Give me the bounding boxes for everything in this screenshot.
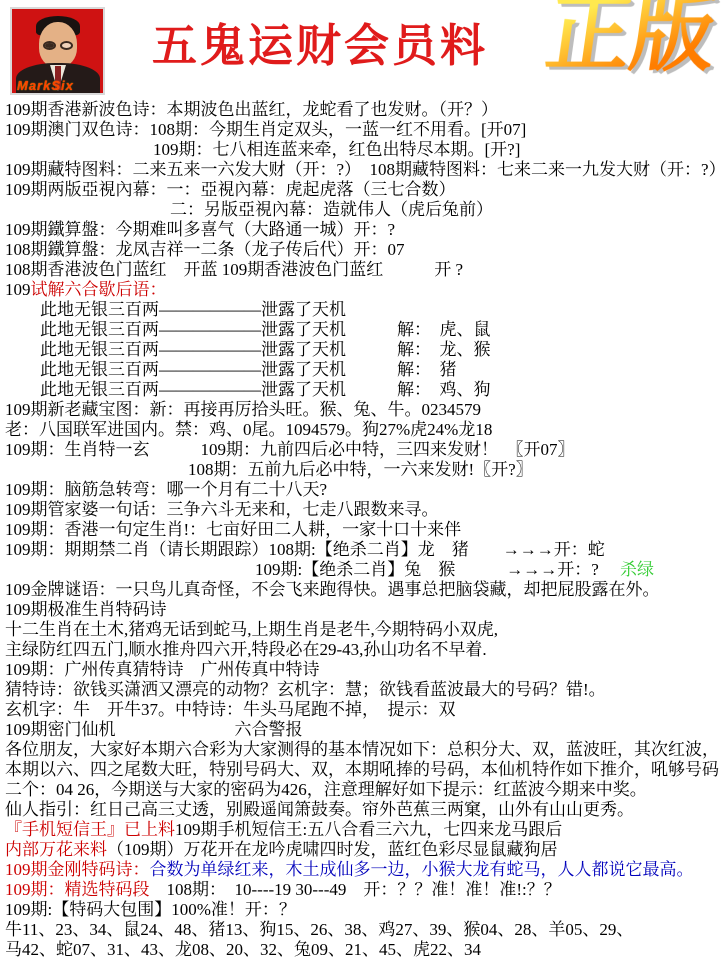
text-line-3: 109期：七八相连蓝来牵，红色出特尽本期。[开?]: [5, 140, 725, 160]
text-line-2: 109期澳门双色诗：108期：今期生肖定双头，一蓝一红不用看。[开07]: [5, 120, 725, 140]
text-line-13: 此地无银三百两——————泄露了天机 解： 龙、猴: [5, 340, 725, 360]
text-segment: 109期：精选特码段: [5, 880, 150, 899]
text-segment: 109期手机短信王:五八合看三六九，七四来龙马跟后: [175, 820, 562, 839]
page: MarkSix 五鬼运财会员料 正版 109期香港新波色诗：本期波色出蓝红，龙蛇…: [0, 0, 725, 960]
text-segment: 109期密门仙机 六合警报: [5, 720, 303, 739]
text-segment: 109期：广州传真猜特诗 广州传真中特诗: [5, 660, 320, 679]
text-line-33: 各位朋友，大家好本期六合彩为大家测得的基本情况如下：总积分大、双，蓝波旺，其次红…: [5, 740, 725, 760]
text-segment: 此地无银三百两——————泄露了天机 解： 虎、鼠: [40, 320, 491, 339]
text-line-9: 108期香港波色门蓝红 开蓝 109期香港波色门蓝红 开 ?: [5, 260, 725, 280]
text-segment: 『手机短信王』已上料: [5, 820, 175, 839]
text-line-12: 此地无银三百两——————泄露了天机 解： 虎、鼠: [5, 320, 725, 340]
text-segment: 109期两版亞視內幕：一：亞視內幕：虎起虎落（三七合数）: [5, 180, 456, 199]
text-line-8: 108期鐵算盤：龙凤吉祥一二条（龙子传后代）开：07: [5, 240, 725, 260]
text-segment: 牛11、23、34、鼠24、48、猪13、狗15、26、38、鸡27、39、猴0…: [5, 920, 633, 939]
text-segment: 109期：脑筋急转弯：哪一个月有二十八天?: [5, 480, 327, 499]
portrait-glasses-left-shape: [43, 41, 56, 50]
text-segment: 此地无银三百两——————泄露了天机 解： 鸡、狗: [40, 380, 491, 399]
text-segment: 109期:【绝杀二肖】兔 猴 →→→开：?: [255, 560, 620, 579]
text-segment: （109期）万花开在龙吟虎啸四时发，蓝红色彩尽显鼠藏狗居: [107, 840, 558, 859]
text-segment: 此地无银三百两——————泄露了天机 解： 猪: [40, 360, 457, 379]
photo-watermark: MarkSix: [17, 78, 74, 93]
text-line-7: 109期鐵算盤：今期难叫多喜气（大路通一城）开：?: [5, 220, 725, 240]
text-segment: 仙人指引：红日己高三丈透，别殿遥闻箫鼓奏。帘外芭蕉三两窠，山外有山山更秀。: [5, 800, 634, 819]
text-line-29: 109期：广州传真猜特诗 广州传真中特诗: [5, 660, 725, 680]
page-title: 五鬼运财会员料: [152, 24, 488, 69]
text-segment: 109期新老藏宝图：新：再接再厉拾头旺。猴、兔、牛。0234579: [5, 400, 481, 419]
text-line-35: 二个：04 26，今期送与大家的密码为426，注意理解好如下提示：红蓝波今期来中…: [5, 780, 725, 800]
text-line-22: 109期：香港一句定生肖!：七亩好田二人耕，一家十口十来伴: [5, 520, 725, 540]
text-segment: 109金牌谜语：一只鸟儿真奇怪，不会飞来跑得快。遇事总把脑袋藏，却把屁股露在外。: [5, 580, 660, 599]
text-line-15: 此地无银三百两——————泄露了天机 解： 鸡、狗: [5, 380, 725, 400]
text-segment: 109期：期期禁二肖（请长期跟踪）108期:【绝杀二肖】龙 猪 →→→开：蛇: [5, 540, 605, 559]
text-line-18: 109期：生肖特一玄 109期：九前四后必中特，三四来发财！ 〖开07〗: [5, 440, 725, 460]
text-line-37: 『手机短信王』已上料109期手机短信王:五八合看三六九，七四来龙马跟后: [5, 820, 725, 840]
text-line-38: 内部万花来料（109期）万花开在龙吟虎啸四时发，蓝红色彩尽显鼠藏狗居: [5, 840, 725, 860]
text-line-34: 本期以六、四之尾数大旺，特别号码大、双，本期吼捧的号码，本仙机特作如下推介，吼够…: [5, 760, 725, 780]
header: MarkSix 五鬼运财会员料 正版: [0, 0, 725, 100]
text-line-23: 109期：期期禁二肖（请长期跟踪）108期:【绝杀二肖】龙 猪 →→→开：蛇: [5, 540, 725, 560]
text-segment: 109期:【特码大包围】100%准！开：？: [5, 900, 296, 919]
text-line-20: 109期：脑筋急转弯：哪一个月有二十八天?: [5, 480, 725, 500]
text-segment: 杀绿: [620, 560, 654, 579]
text-line-17: 老：八国联军进国内。禁：鸡、0尾。1094579。狗27%虎24%龙18: [5, 420, 725, 440]
text-line-24: 109期:【绝杀二肖】兔 猴 →→→开：? 杀绿: [5, 560, 725, 580]
text-segment: 各位朋友，大家好本期六合彩为大家测得的基本情况如下：总积分大、双，蓝波旺，其次红…: [5, 740, 719, 759]
text-segment: 合数为单绿红来，木土成仙多一边，小猴大龙有蛇马，人人都说它最高。: [150, 860, 694, 879]
text-segment: 二个：04 26，今期送与大家的密码为426，注意理解好如下提示：红蓝波今期来中…: [5, 780, 647, 799]
text-segment: 主绿防红四五门,顺水推舟四六开,特段必在29-43,孙山功名不早着.: [5, 640, 487, 659]
text-segment: 老：八国联军进国内。禁：鸡、0尾。1094579。狗27%虎24%龙18: [5, 420, 492, 439]
text-segment: 109期澳门双色诗：108期：今期生肖定双头，一蓝一红不用看。[开07]: [5, 120, 526, 139]
content-lines: 109期香港新波色诗：本期波色出蓝红，龙蛇看了也发财。（开？）109期澳门双色诗…: [0, 100, 725, 960]
text-segment: 109期：香港一句定生肖!：七亩好田二人耕，一家十口十来伴: [5, 520, 461, 539]
text-segment: 十二生肖在土木,猪鸡无话到蛇马,上期生肖是老牛,今期特码小双虎,: [5, 620, 498, 639]
portrait-photo: MarkSix: [10, 7, 105, 95]
text-segment: 108期：五前九后必中特，一六来发财!〖开?〗: [188, 460, 533, 479]
portrait-glasses-right-shape: [60, 41, 73, 50]
text-line-25: 109金牌谜语：一只鸟儿真奇怪，不会飞来跑得快。遇事总把脑袋藏，却把屁股露在外。: [5, 580, 725, 600]
text-segment: 此地无银三百两——————泄露了天机: [40, 300, 346, 319]
text-segment: 玄机字：牛 开牛37。中特诗：牛头马尾跑不掉， 提示：双: [5, 700, 456, 719]
text-segment: 109期管家婆一句话：三争六斗无来和，七走八跟数来寻。: [5, 500, 439, 519]
text-line-14: 此地无银三百两——————泄露了天机 解： 猪: [5, 360, 725, 380]
text-segment: 109期鐵算盤：今期难叫多喜气（大路通一城）开：?: [5, 220, 395, 239]
text-line-26: 109期极准生肖特码诗: [5, 600, 725, 620]
text-segment: 109: [5, 280, 31, 299]
text-segment: 内部万花来料: [5, 840, 107, 859]
text-segment: 108期香港波色门蓝红 开蓝 109期香港波色门蓝红 开 ?: [5, 260, 463, 279]
authentic-badge: 正版: [541, 0, 721, 78]
text-line-10: 109试解六合歇后语：: [5, 280, 725, 300]
text-segment: 二：另版亞視內幕：造就伟人（虎后兔前）: [170, 200, 493, 219]
text-line-30: 猜特诗：欲钱买潇洒又漂亮的动物？玄机字：慧；欲钱看蓝波最大的号码？错!。: [5, 680, 725, 700]
text-line-16: 109期新老藏宝图：新：再接再厉拾头旺。猴、兔、牛。0234579: [5, 400, 725, 420]
text-line-11: 此地无银三百两——————泄露了天机: [5, 300, 725, 320]
text-line-28: 主绿防红四五门,顺水推舟四六开,特段必在29-43,孙山功名不早着.: [5, 640, 725, 660]
text-line-6: 二：另版亞視內幕：造就伟人（虎后兔前）: [5, 200, 725, 220]
text-segment: 108期： 10----19 30---49 开：？？准！准！准!:？？: [150, 880, 561, 899]
text-segment: 108期鐵算盤：龙凤吉祥一二条（龙子传后代）开：07: [5, 240, 405, 259]
text-segment: 109期：七八相连蓝来牵，红色出特尽本期。[开?]: [153, 140, 520, 159]
text-line-39: 109期金刚特码诗：合数为单绿红来，木土成仙多一边，小猴大龙有蛇马，人人都说它最…: [5, 860, 725, 880]
text-segment: 109期极准生肖特码诗: [5, 600, 167, 619]
text-line-21: 109期管家婆一句话：三争六斗无来和，七走八跟数来寻。: [5, 500, 725, 520]
text-segment: 马42、蛇07、31、43、龙08、20、32、兔09、21、45、虎22、34: [5, 940, 481, 959]
text-line-1: 109期香港新波色诗：本期波色出蓝红，龙蛇看了也发财。（开？）: [5, 100, 725, 120]
text-segment: 此地无银三百两——————泄露了天机 解： 龙、猴: [40, 340, 491, 359]
text-line-5: 109期两版亞視內幕：一：亞視內幕：虎起虎落（三七合数）: [5, 180, 725, 200]
text-segment: 109期：生肖特一玄 109期：九前四后必中特，三四来发财！ 〖开07〗: [5, 440, 575, 459]
text-line-4: 109期藏特图料：二来五来一六发大财（开：?） 108期藏特图料：七来二来一九发…: [5, 160, 725, 180]
text-line-36: 仙人指引：红日己高三丈透，别殿遥闻箫鼓奏。帘外芭蕉三两窠，山外有山山更秀。: [5, 800, 725, 820]
text-line-43: 马42、蛇07、31、43、龙08、20、32、兔09、21、45、虎22、34: [5, 940, 725, 960]
text-segment: 试解六合歇后语：: [31, 280, 167, 299]
text-segment: 109期金刚特码诗：: [5, 860, 150, 879]
text-line-32: 109期密门仙机 六合警报: [5, 720, 725, 740]
text-segment: 109期藏特图料：二来五来一六发大财（开：?） 108期藏特图料：七来二来一九发…: [5, 160, 725, 179]
text-segment: 本期以六、四之尾数大旺，特别号码大、双，本期吼捧的号码，本仙机特作如下推介，吼够…: [5, 760, 719, 779]
text-line-41: 109期:【特码大包围】100%准！开：？: [5, 900, 725, 920]
text-line-27: 十二生肖在土木,猪鸡无话到蛇马,上期生肖是老牛,今期特码小双虎,: [5, 620, 725, 640]
text-line-40: 109期：精选特码段 108期： 10----19 30---49 开：？？准！…: [5, 880, 725, 900]
text-segment: 109期香港新波色诗：本期波色出蓝红，龙蛇看了也发财。（开？）: [5, 100, 498, 119]
text-segment: 猜特诗：欲钱买潇洒又漂亮的动物？玄机字：慧；欲钱看蓝波最大的号码？错!。: [5, 680, 606, 699]
text-line-42: 牛11、23、34、鼠24、48、猪13、狗15、26、38、鸡27、39、猴0…: [5, 920, 725, 940]
text-line-19: 108期：五前九后必中特，一六来发财!〖开?〗: [5, 460, 725, 480]
text-line-31: 玄机字：牛 开牛37。中特诗：牛头马尾跑不掉， 提示：双: [5, 700, 725, 720]
